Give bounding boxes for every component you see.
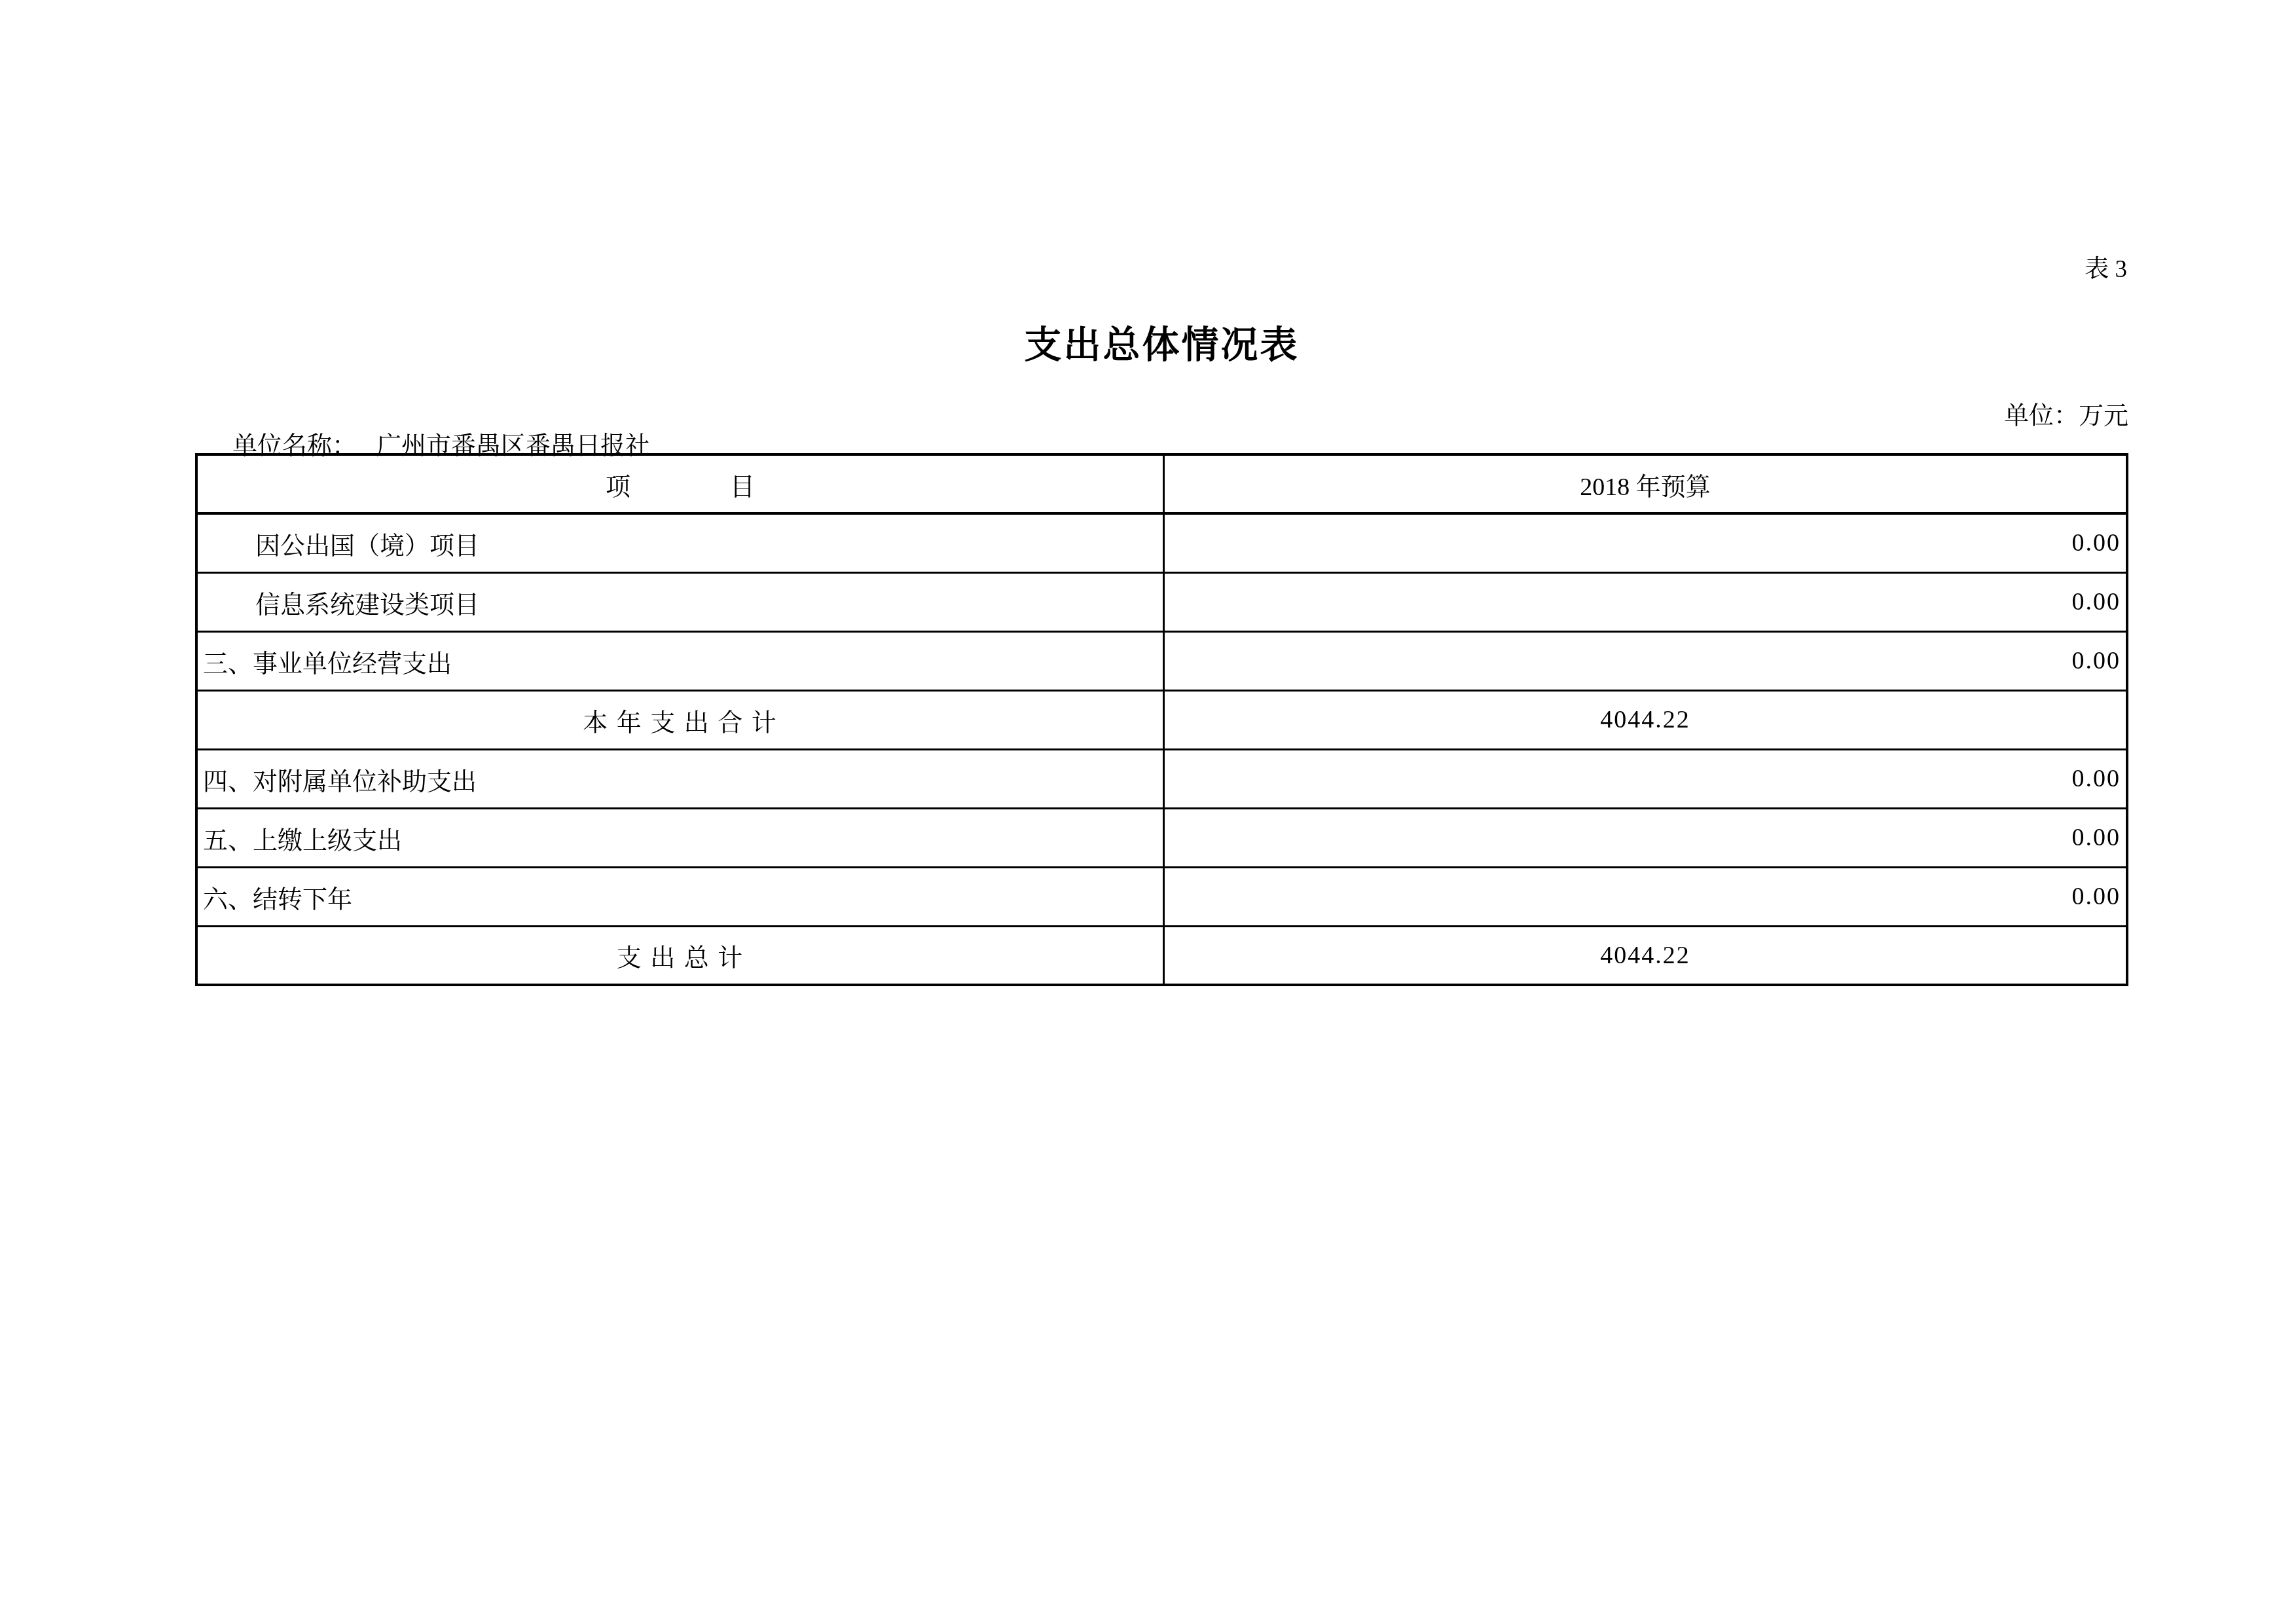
table-row: 六、结转下年 0.00 bbox=[196, 867, 2127, 926]
row-value: 0.00 bbox=[2072, 883, 2121, 910]
row-value-cell: 0.00 bbox=[1163, 631, 2127, 690]
row-label-cell: 三、事业单位经营支出 bbox=[196, 631, 1163, 690]
row-value: 4044.22 bbox=[1600, 706, 1690, 733]
row-label-cell: 信息系统建设类项目 bbox=[196, 572, 1163, 631]
row-value-cell: 0.00 bbox=[1163, 808, 2127, 867]
row-label-cell: 本 年 支 出 合 计 bbox=[196, 690, 1163, 749]
header-row: 项 目 2018 年预算 bbox=[196, 454, 2127, 513]
row-label-cell: 四、对附属单位补助支出 bbox=[196, 749, 1163, 808]
unit-label: 单位：万元 bbox=[2004, 401, 2128, 431]
table-row: 支 出 总 计 4044.22 bbox=[196, 926, 2127, 985]
row-value: 0.00 bbox=[2072, 529, 2121, 557]
row-label: 三、事业单位经营支出 bbox=[203, 650, 452, 678]
table-row: 信息系统建设类项目 0.00 bbox=[196, 572, 2127, 631]
table-row: 三、事业单位经营支出 0.00 bbox=[196, 631, 2127, 690]
row-label-cell: 五、上缴上级支出 bbox=[196, 808, 1163, 867]
row-value-cell: 0.00 bbox=[1163, 513, 2127, 572]
table-row: 五、上缴上级支出 0.00 bbox=[196, 808, 2127, 867]
row-label: 六、结转下年 bbox=[203, 886, 352, 913]
table-row: 本 年 支 出 合 计 4044.22 bbox=[196, 690, 2127, 749]
row-label-cell: 支 出 总 计 bbox=[196, 926, 1163, 985]
page-title: 支出总体情况表 bbox=[195, 325, 2128, 367]
column-header-item: 项 目 bbox=[196, 454, 1163, 513]
row-label: 支 出 总 计 bbox=[617, 944, 744, 972]
table-row: 四、对附属单位补助支出 0.00 bbox=[196, 749, 2127, 808]
row-value-cell: 4044.22 bbox=[1163, 926, 2127, 985]
row-label: 本 年 支 出 合 计 bbox=[583, 709, 778, 737]
row-value: 0.00 bbox=[2072, 647, 2121, 674]
row-value-cell: 0.00 bbox=[1163, 572, 2127, 631]
row-label-cell: 因公出国（境）项目 bbox=[196, 513, 1163, 572]
row-value-cell: 0.00 bbox=[1163, 749, 2127, 808]
column-header-budget: 2018 年预算 bbox=[1163, 454, 2127, 513]
table-row: 因公出国（境）项目 0.00 bbox=[196, 513, 2127, 572]
row-value: 4044.22 bbox=[1600, 942, 1690, 969]
row-value-cell: 4044.22 bbox=[1163, 690, 2127, 749]
row-label-cell: 六、结转下年 bbox=[196, 867, 1163, 926]
row-value-cell: 0.00 bbox=[1163, 867, 2127, 926]
row-label: 五、上缴上级支出 bbox=[203, 827, 402, 855]
document-page: 表 3 支出总体情况表 单位名称：广州市番禺区番禺日报社 单位：万元 项 目 2… bbox=[195, 0, 2128, 1624]
row-label: 因公出国（境）项目 bbox=[255, 532, 479, 560]
row-label: 信息系统建设类项目 bbox=[255, 591, 479, 619]
expenditure-table: 项 目 2018 年预算 因公出国（境）项目 0.00 信息系统建设类项目 0.… bbox=[195, 453, 2128, 986]
row-value: 0.00 bbox=[2072, 588, 2121, 616]
table-number-tag: 表 3 bbox=[2085, 255, 2127, 284]
row-value: 0.00 bbox=[2072, 824, 2121, 851]
row-value: 0.00 bbox=[2072, 765, 2121, 792]
row-label: 四、对附属单位补助支出 bbox=[203, 768, 477, 796]
